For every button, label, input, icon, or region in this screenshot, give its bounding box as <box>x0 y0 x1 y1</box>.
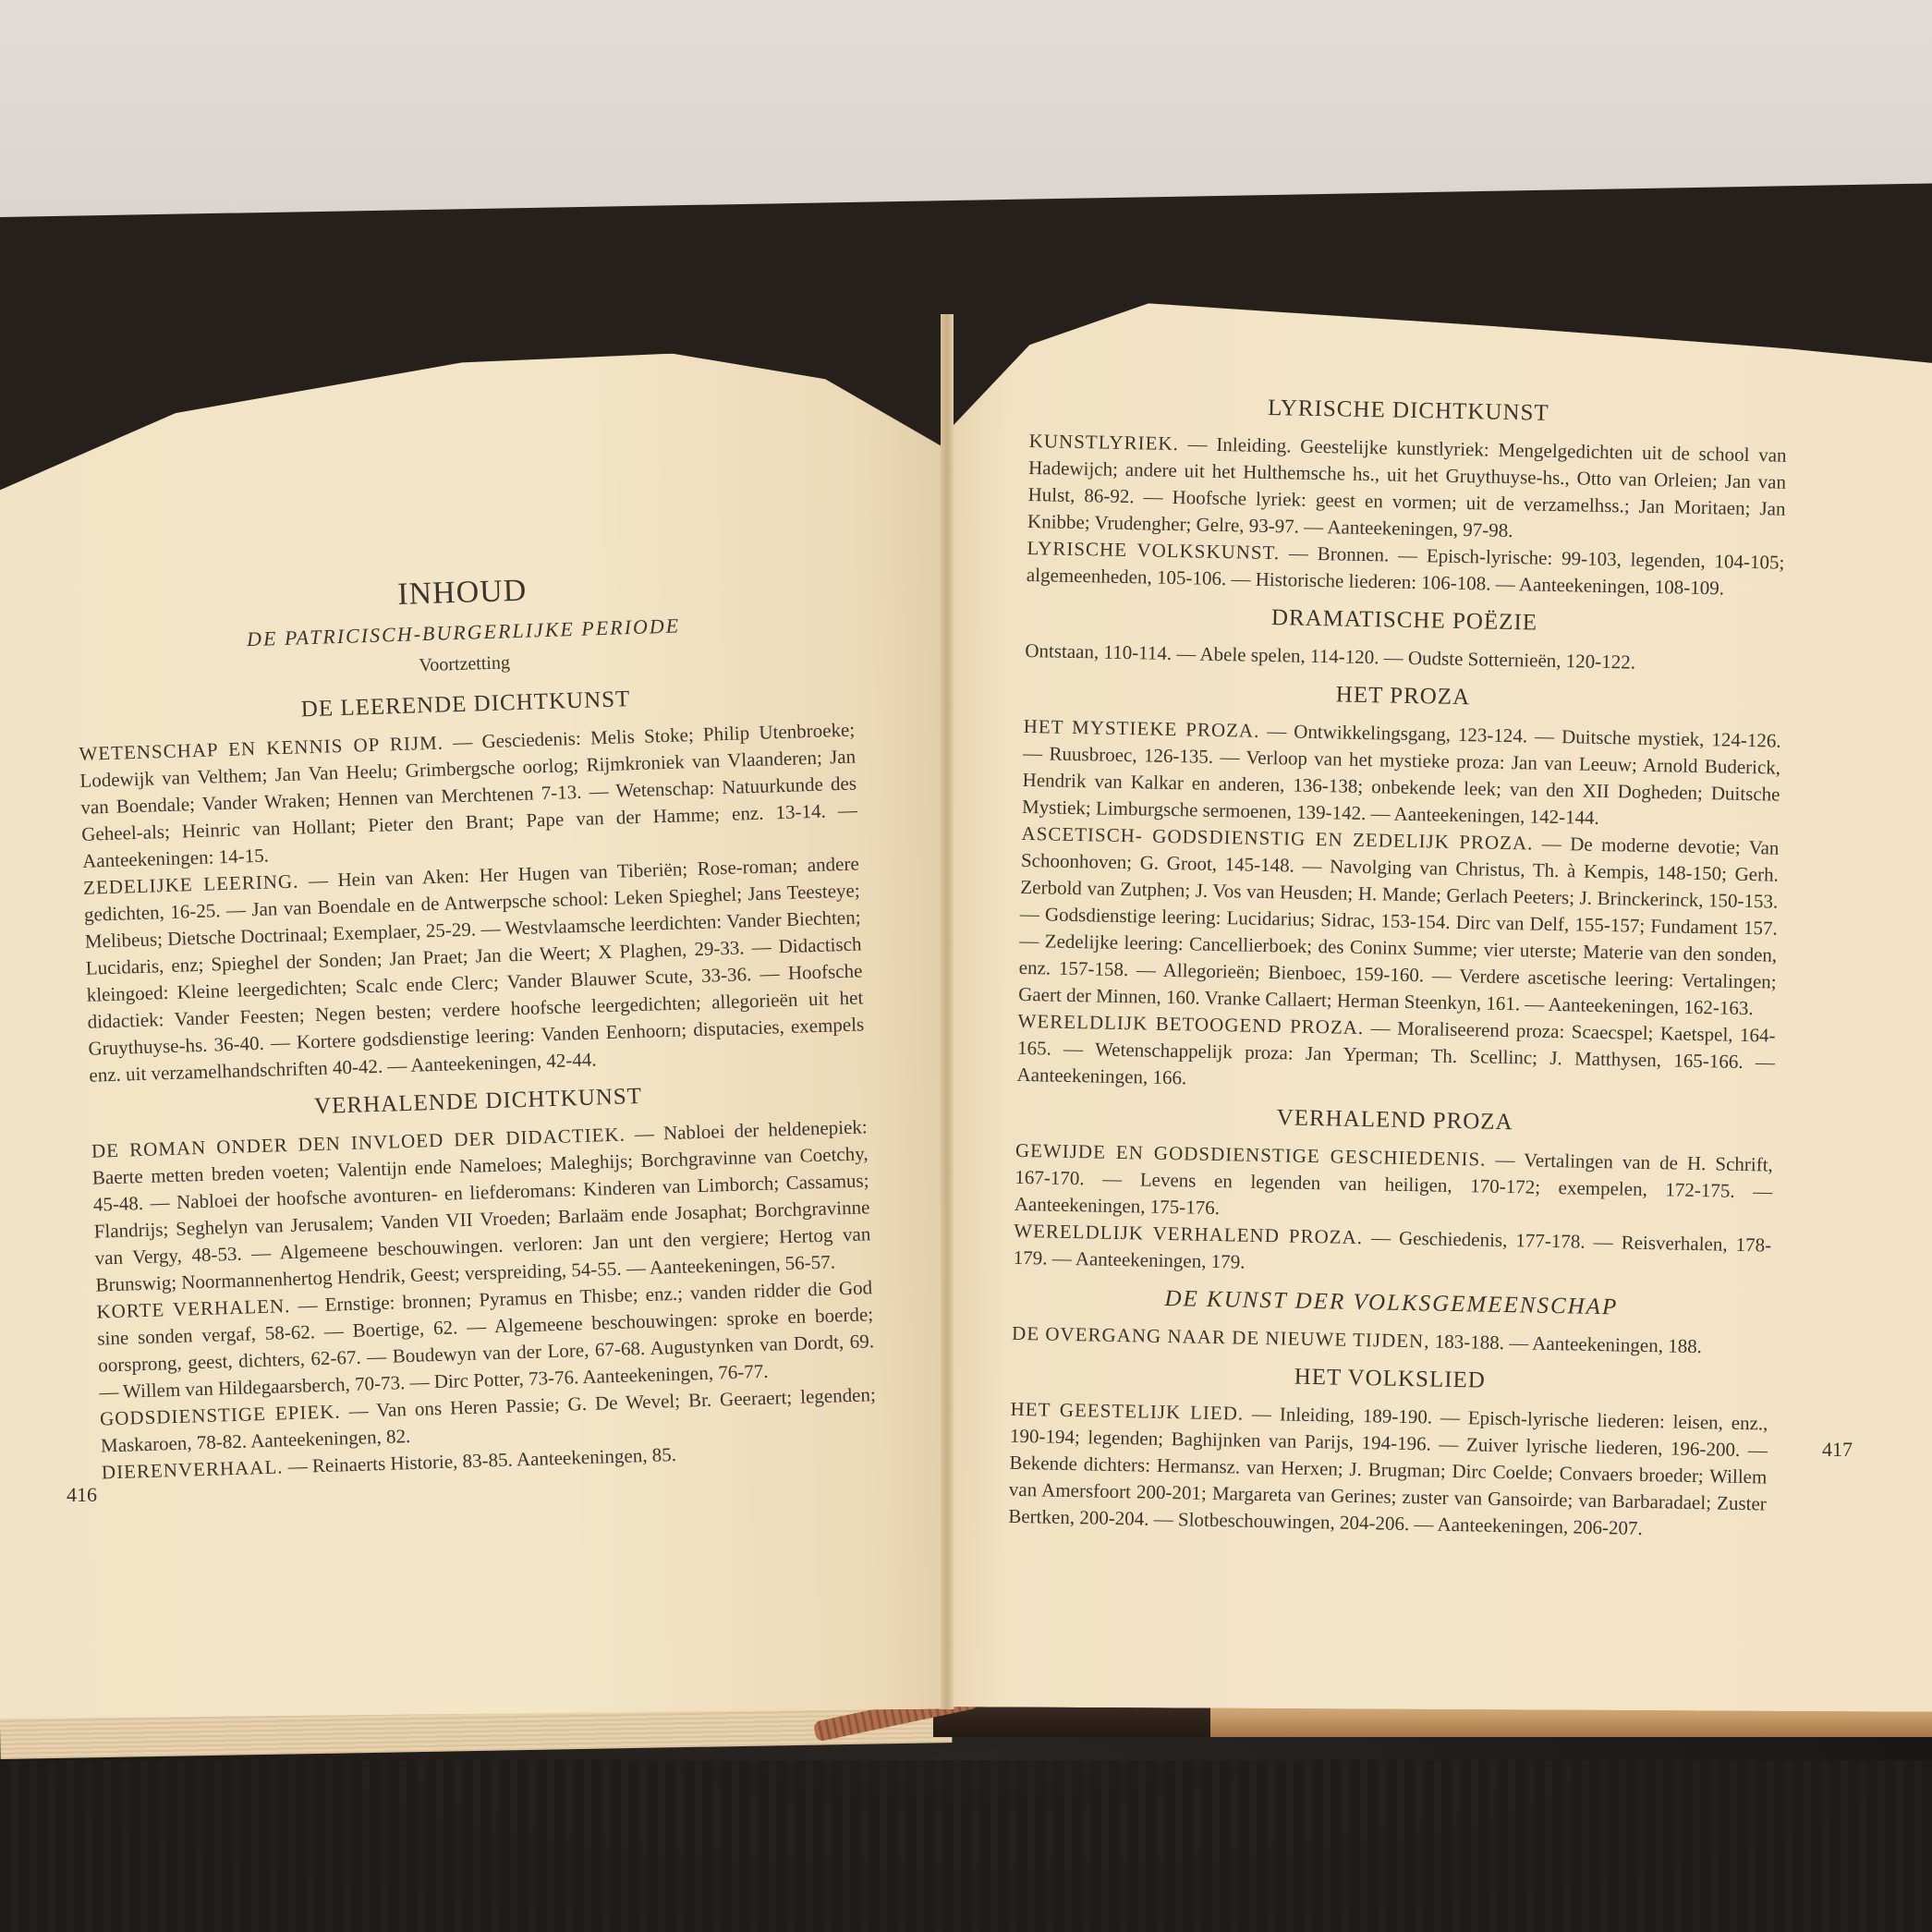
entry-heading: ZEDELIJKE LEERING. <box>83 870 299 899</box>
toc-entry: GEWIJDE EN GODSDIENSTIGE GESCHIEDENIS. —… <box>1015 1137 1774 1233</box>
entry-text: — Ernstige: bronnen; Pyramus en Thisbe; … <box>97 1276 874 1403</box>
section-heading: VERHALEND PROZA <box>1015 1100 1773 1141</box>
entry-heading: HET MYSTIEKE PROZA. <box>1024 715 1260 742</box>
entry-heading: KORTE VERHALEN. <box>96 1294 291 1323</box>
table-texture <box>0 1760 1932 1932</box>
entry-text: — De moderne devotie; Van Schoonhoven; G… <box>1018 832 1780 1019</box>
entry-text: Ontstaan, 110-114. — Abele spelen, 114-1… <box>1025 639 1635 674</box>
entry-heading: WERELDLIJK BETOOGEND PROZA. <box>1017 1010 1364 1039</box>
entry-heading: DIERENVERHAAL. <box>102 1455 284 1483</box>
entry-heading: WERELDLIJK VERHALEND PROZA. <box>1014 1220 1363 1248</box>
section-heading: LYRISCHE DICHTKUNST <box>1029 390 1787 431</box>
page-number-right: 417 <box>1822 1438 1853 1462</box>
toc-entry: HET MYSTIEKE PROZA. — Ontwikkelingsgang,… <box>1022 713 1781 835</box>
toc-entry: DE ROMAN ONDER DEN INVLOED DER DIDACTIEK… <box>91 1113 872 1298</box>
toc-entry: WERELDLIJK BETOOGEND PROZA. — Moraliseer… <box>1016 1008 1776 1103</box>
entry-heading: KUNSTLYRIEK. <box>1028 430 1179 455</box>
left-page-content: INHOUD DE PATRICISCH-BURGERLIJKE PERIODE… <box>74 567 878 1487</box>
toc-entry: ASCETISCH- GODSDIENSTIG EN ZEDELIJK PROZ… <box>1018 820 1780 1023</box>
section-heading: DRAMATISCHE POËZIE <box>1026 600 1783 641</box>
right-page-content: LYRISCHE DICHTKUNST KUNSTLYRIEK. — Inlei… <box>1008 379 1788 1545</box>
toc-entry: KUNSTLYRIEK. — Inleiding. Geestelijke ku… <box>1027 428 1787 550</box>
section-heading: DE KUNST DER VOLKSGEMEENSCHAP <box>1013 1282 1770 1324</box>
entry-heading: GODSDIENSTIGE EPIEK. <box>100 1400 341 1429</box>
entry-heading: LYRISCHE VOLKSKUNST. <box>1027 537 1280 564</box>
toc-entry: Ontstaan, 110-114. — Abele spelen, 114-1… <box>1025 638 1782 679</box>
entry-heading: HET GEESTELIJK LIED. <box>1010 1398 1244 1425</box>
toc-entry: ZEDELIJKE LEERING. — Hein van Aken: Her … <box>83 850 866 1088</box>
section-heading: HET VOLKSLIED <box>1011 1358 1768 1400</box>
toc-entry: DE OVERGANG NAAR DE NIEUWE TIJDEN, 183-1… <box>1012 1320 1769 1362</box>
toc-entry: WETENSCHAP EN KENNIS OP RIJM. — Gesciede… <box>79 717 858 875</box>
book-gutter <box>941 314 954 1709</box>
toc-entry: HET GEESTELIJK LIED. — Inleiding, 189-19… <box>1008 1396 1768 1545</box>
entry-heading: GEWIJDE EN GODSDIENSTIGE GESCHIEDENIS. <box>1015 1139 1487 1171</box>
entry-text: — Inleiding, 189-190. — Episch-lyrische … <box>1008 1403 1768 1539</box>
page-number-left: 416 <box>67 1483 97 1507</box>
section-heading: HET PROZA <box>1024 675 1781 717</box>
entry-heading: DE OVERGANG NAAR DE NIEUWE TIJDEN, <box>1012 1322 1430 1353</box>
entry-text: 183-188. — Aanteekeningen, 188. <box>1434 1331 1702 1358</box>
